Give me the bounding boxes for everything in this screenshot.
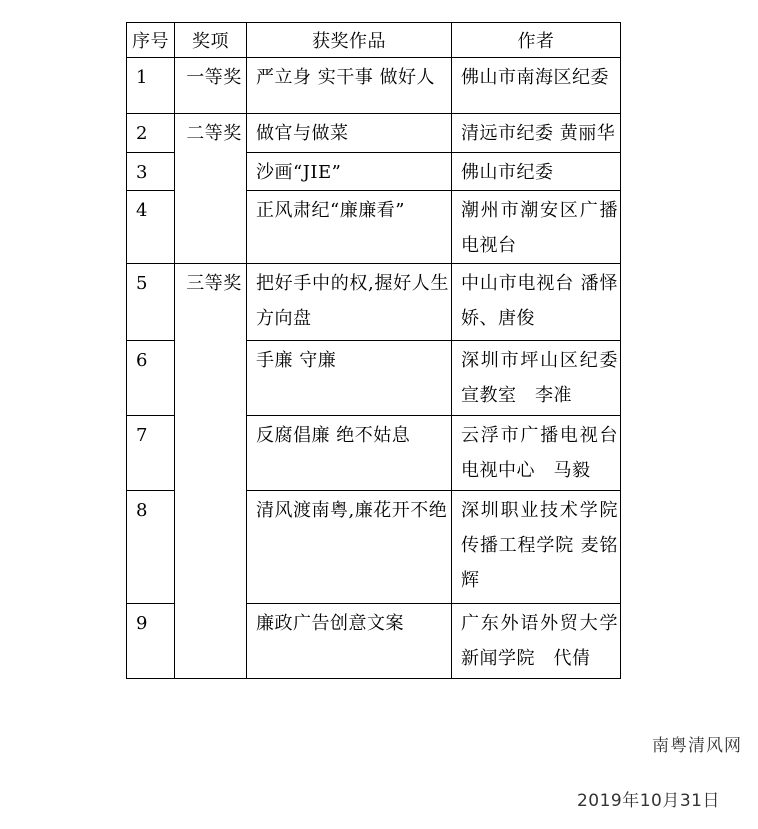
header-row: 序号 奖项 获奖作品 作者 [127, 23, 621, 58]
cell-no: 4 [127, 191, 175, 264]
cell-work: 反腐倡廉 绝不姑息 [247, 416, 452, 491]
awards-table: 序号 奖项 获奖作品 作者 1 一等奖 严立身 实干事 做好人 佛山市南海区纪委… [126, 22, 621, 679]
cell-award-second-prize: 二等奖 [175, 114, 247, 264]
table-row: 5 三等奖 把好手中的权,握好人生方向盘 中山市电视台 潘怿娇、唐俊 [127, 264, 621, 341]
page: 序号 奖项 获奖作品 作者 1 一等奖 严立身 实干事 做好人 佛山市南海区纪委… [0, 0, 758, 829]
cell-work: 正风肃纪“廉廉看” [247, 191, 452, 264]
cell-author: 清远市纪委 黄丽华 [452, 114, 621, 153]
cell-award-first-prize: 一等奖 [175, 58, 247, 114]
cell-author: 云浮市广播电视台电视中心 马毅 [452, 416, 621, 491]
cell-no: 1 [127, 58, 175, 114]
cell-author: 深圳市坪山区纪委宣教室 李准 [452, 341, 621, 416]
cell-work: 严立身 实干事 做好人 [247, 58, 452, 114]
cell-no: 8 [127, 491, 175, 604]
col-header-author: 作者 [452, 23, 621, 58]
cell-work: 沙画“JIE” [247, 153, 452, 191]
cell-author: 广东外语外贸大学新闻学院 代倩 [452, 604, 621, 679]
col-header-award: 奖项 [175, 23, 247, 58]
cell-no: 9 [127, 604, 175, 679]
cell-work: 把好手中的权,握好人生方向盘 [247, 264, 452, 341]
cell-no: 5 [127, 264, 175, 341]
cell-no: 6 [127, 341, 175, 416]
cell-author: 佛山市南海区纪委 [452, 58, 621, 114]
cell-no: 2 [127, 114, 175, 153]
cell-work: 手廉 守廉 [247, 341, 452, 416]
cell-author: 中山市电视台 潘怿娇、唐俊 [452, 264, 621, 341]
col-header-no: 序号 [127, 23, 175, 58]
cell-author: 深圳职业技术学院传播工程学院 麦铭辉 [452, 491, 621, 604]
cell-work: 清风渡南粤,廉花开不绝 [247, 491, 452, 604]
table-row: 2 二等奖 做官与做菜 清远市纪委 黄丽华 [127, 114, 621, 153]
publish-date: 2019年10月31日 [577, 786, 720, 811]
cell-no: 7 [127, 416, 175, 491]
cell-no: 3 [127, 153, 175, 191]
cell-work: 做官与做菜 [247, 114, 452, 153]
col-header-work: 获奖作品 [247, 23, 452, 58]
table-row: 1 一等奖 严立身 实干事 做好人 佛山市南海区纪委 [127, 58, 621, 114]
cell-author: 佛山市纪委 [452, 153, 621, 191]
cell-work: 廉政广告创意文案 [247, 604, 452, 679]
cell-author: 潮州市潮安区广播电视台 [452, 191, 621, 264]
site-credit: 南粤清风网 [652, 731, 742, 756]
cell-award-third-prize: 三等奖 [175, 264, 247, 679]
